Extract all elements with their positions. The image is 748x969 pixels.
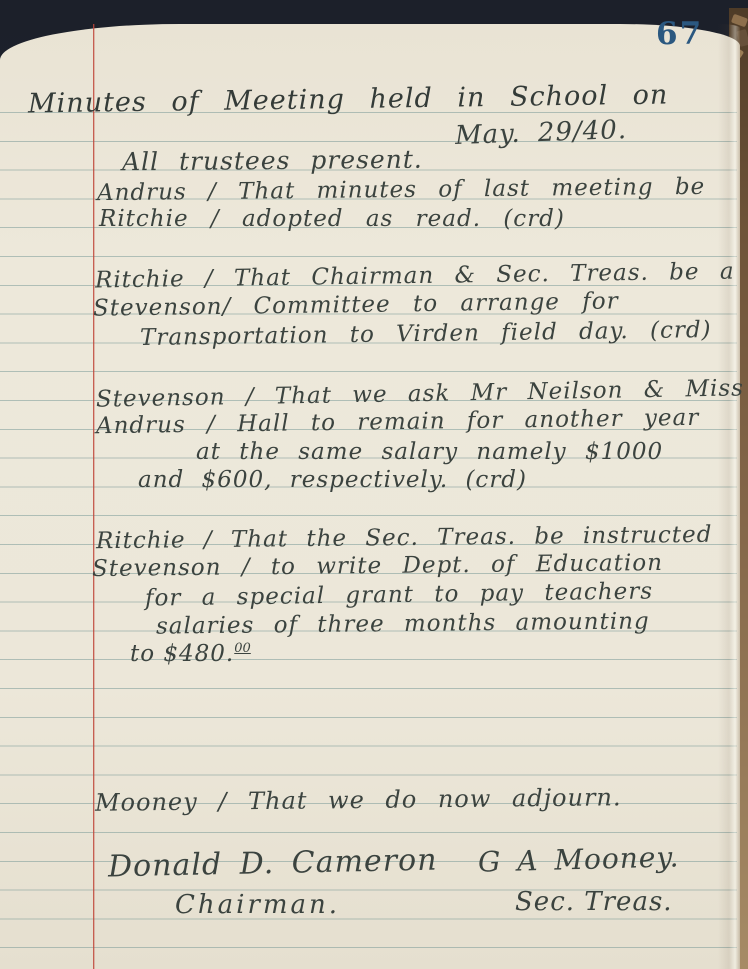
motion4-amount-line: to $480.00 bbox=[130, 641, 251, 667]
secretary-title: Sec. Treas. bbox=[515, 887, 673, 917]
amount-dollars: to $480. bbox=[130, 641, 234, 667]
secretary-signature: G A Mooney. bbox=[478, 840, 680, 878]
attendance-line: All trustees present. bbox=[122, 145, 423, 177]
photographed-minute-book: { "page_number": "67", "minutes": { "tit… bbox=[0, 0, 748, 969]
motion1-line2: Ritchie / adopted as read. (crd) bbox=[99, 206, 565, 232]
page-number: 67 bbox=[656, 16, 703, 52]
chairman-signature: Donald D. Cameron bbox=[108, 843, 438, 885]
motion4-line4: salaries of three months amounting bbox=[156, 608, 650, 639]
page-curl-shadow bbox=[718, 24, 740, 969]
amount-cents: 00 bbox=[234, 641, 251, 656]
adjournment-line: Mooney / That we do now adjourn. bbox=[95, 783, 622, 817]
minutes-date: May. 29/40. bbox=[455, 115, 628, 151]
chairman-title: Chairman. bbox=[175, 890, 340, 920]
red-margin-line bbox=[93, 24, 94, 969]
motion3-line4: and $600, respectively. (crd) bbox=[138, 467, 527, 493]
motion3-line3: at the same salary namely $1000 bbox=[196, 439, 663, 465]
